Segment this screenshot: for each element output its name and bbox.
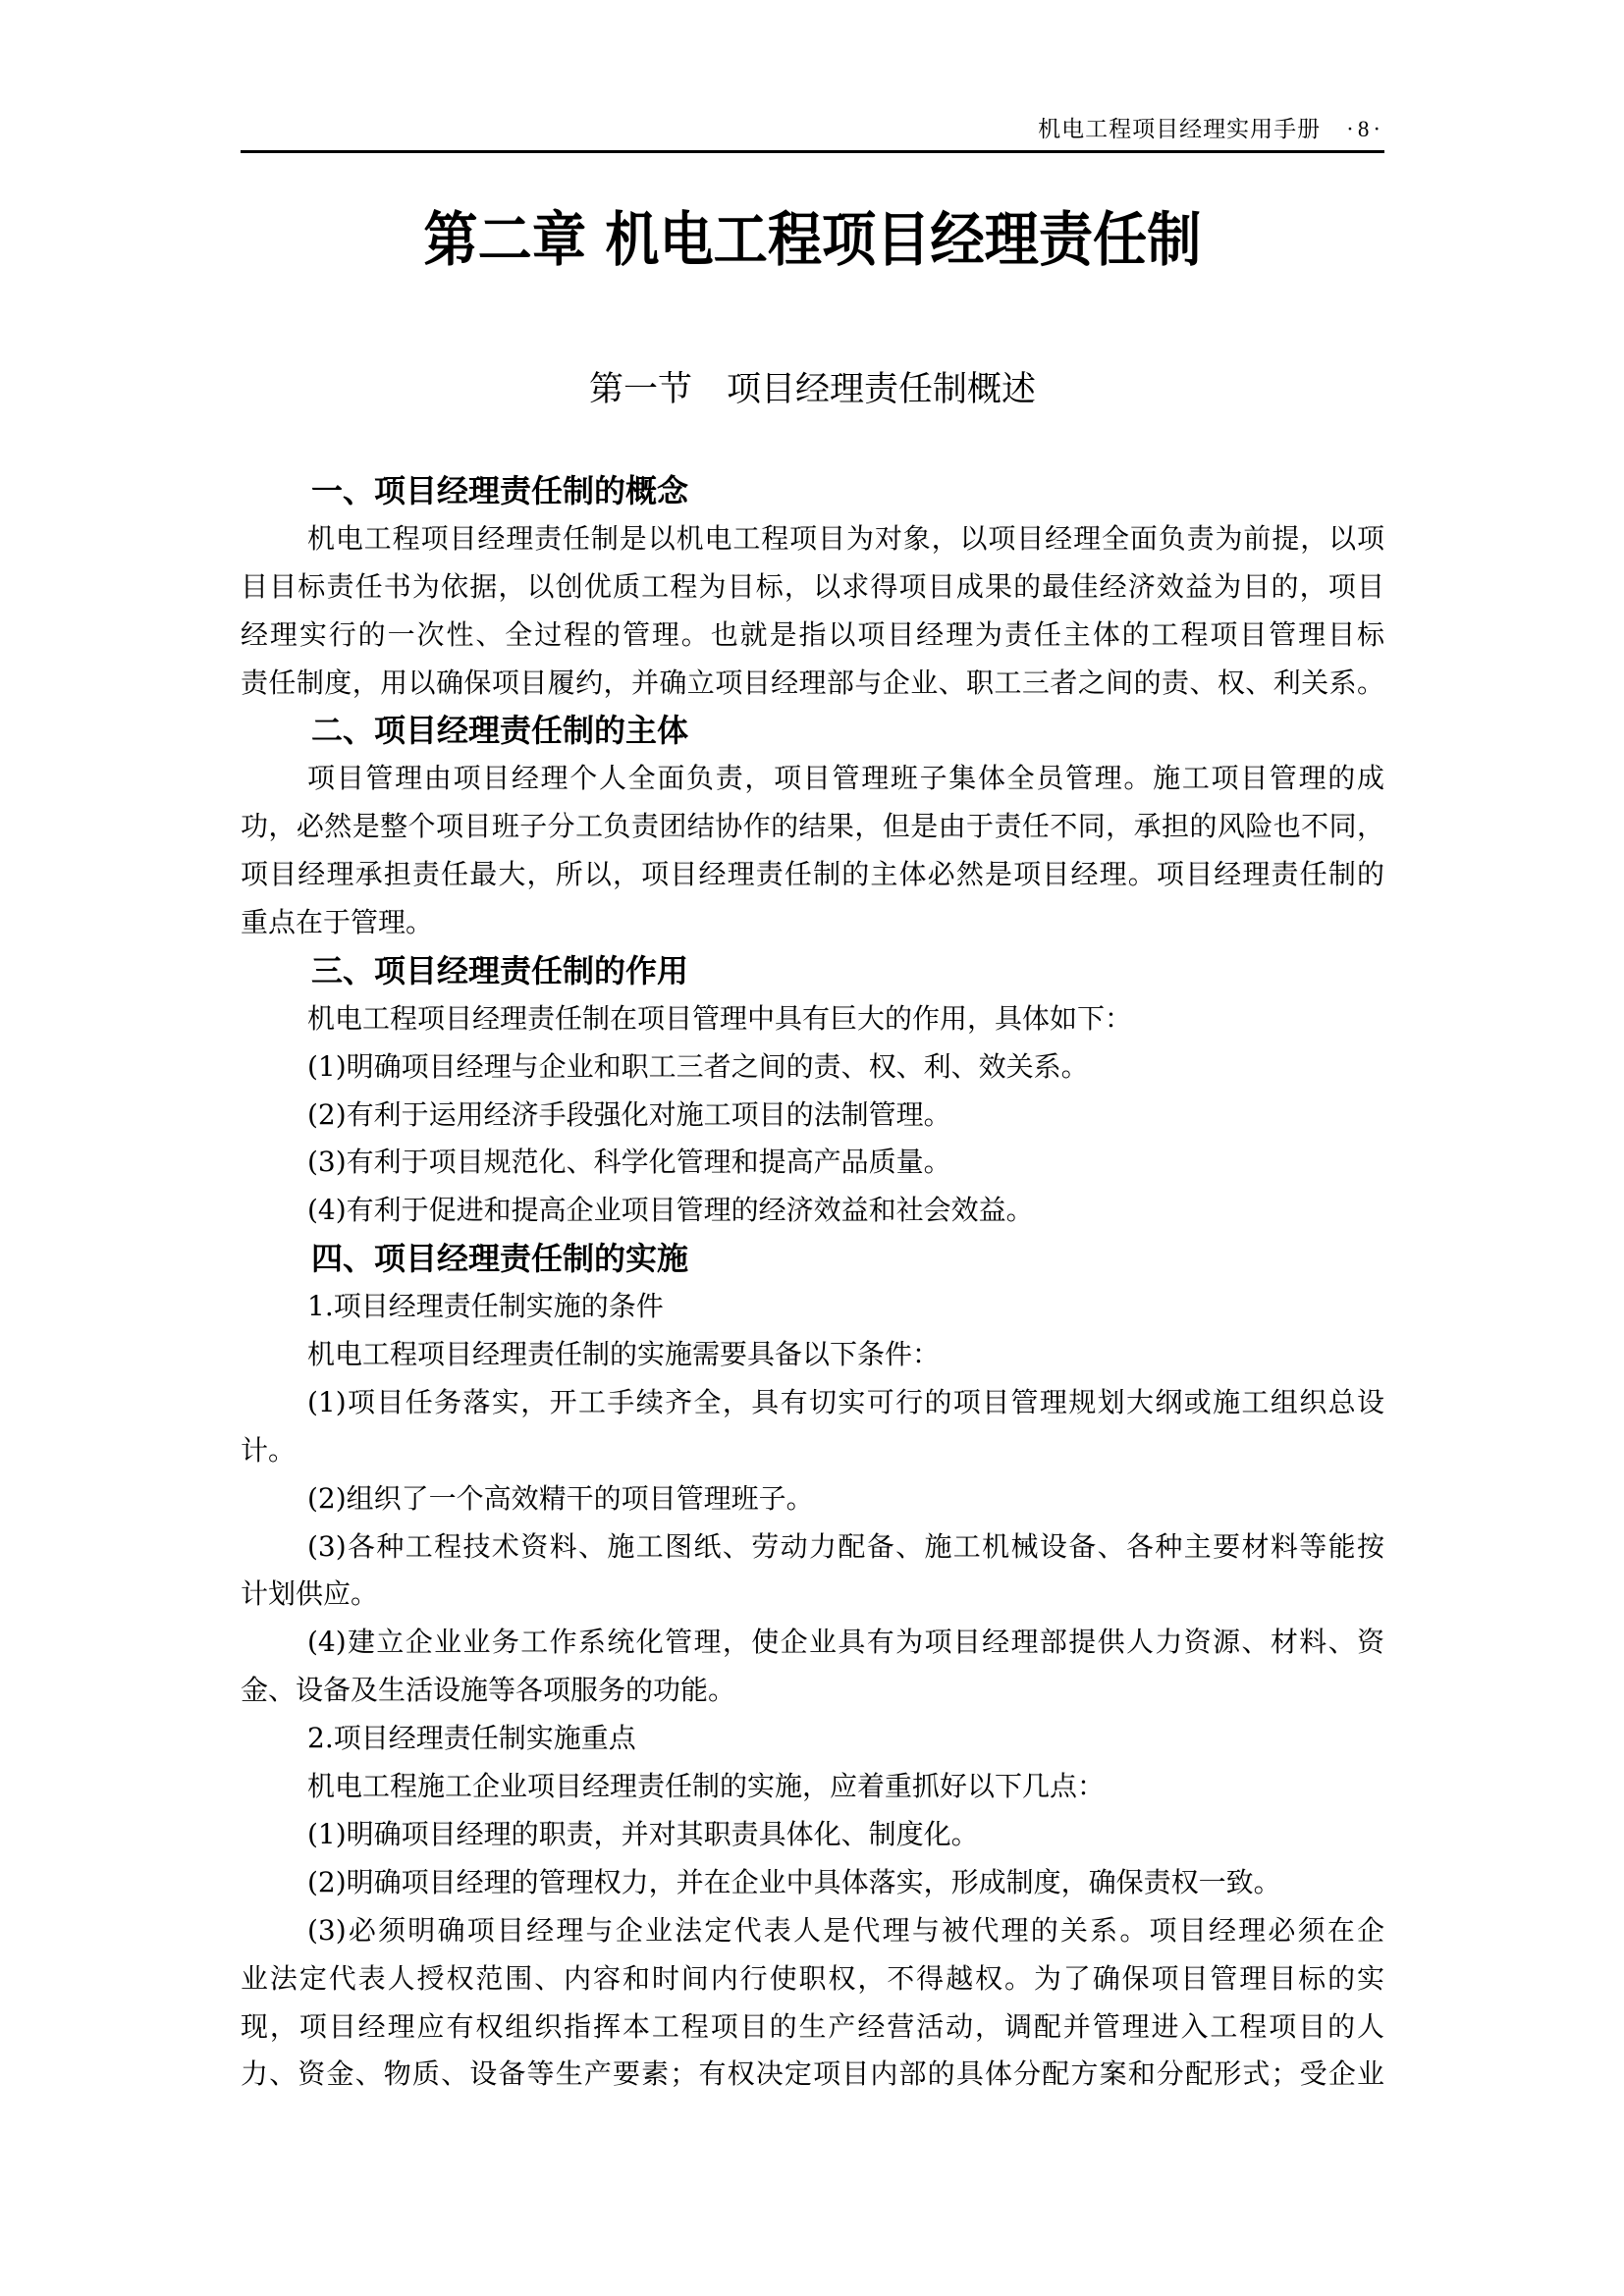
list-item: (3)有利于项目规范化、科学化管理和提高产品质量。: [241, 1139, 1384, 1187]
subheading: 二、项目经理责任制的主体: [241, 707, 1384, 755]
list-item: (4)建立企业业务工作系统化管理，使企业具有为项目经理部提供人力资源、材料、资: [241, 1619, 1384, 1667]
running-header: 机电工程项目经理实用手册·8·: [982, 112, 1384, 147]
text-line: 责任制度，用以确保项目履约，并确立项目经理部与企业、职工三者之间的责、权、利关系…: [241, 660, 1384, 708]
text-line: 重点在于管理。: [241, 899, 1384, 947]
page-number: ·8·: [1346, 112, 1384, 147]
text-line: 经理实行的一次性、全过程的管理。也就是指以项目经理为责任主体的工程项目管理目标: [241, 612, 1384, 660]
text-line: 金、设备及生活设施等各项服务的功能。: [241, 1667, 1384, 1715]
subheading: 一、项目经理责任制的概念: [241, 467, 1384, 515]
list-item: (3)必须明确项目经理与企业法定代表人是代理与被代理的关系。项目经理必须在企: [241, 1907, 1384, 1955]
body-text: 一、项目经理责任制的概念 机电工程项目经理责任制是以机电工程项目为对象，以项目经…: [241, 467, 1384, 2099]
chapter-title-text: 第二章 机电工程项目经理责任制: [423, 204, 1201, 277]
running-title: 机电工程项目经理实用手册: [1038, 117, 1321, 142]
list-item: (2)有利于运用经济手段强化对施工项目的法制管理。: [241, 1092, 1384, 1140]
list-item: (1)明确项目经理与企业和职工三者之间的责、权、利、效关系。: [241, 1043, 1384, 1092]
list-item: (4)有利于促进和提高企业项目管理的经济效益和社会效益。: [241, 1187, 1384, 1235]
text-line: 现，项目经理应有权组织指挥本工程项目的生产经营活动，调配并管理进入工程项目的人: [241, 2003, 1384, 2052]
list-item: (2)明确项目经理的管理权力，并在企业中具体落实，形成制度，确保责权一致。: [241, 1859, 1384, 1907]
subheading: 四、项目经理责任制的实施: [241, 1235, 1384, 1283]
minor-heading: 2.项目经理责任制实施重点: [241, 1715, 1384, 1763]
text-line: 项目经理承担责任最大，所以，项目经理责任制的主体必然是项目经理。项目经理责任制的: [241, 851, 1384, 899]
list-item: (1)明确项目经理的职责，并对其职责具体化、制度化。: [241, 1811, 1384, 1859]
header-rule: [241, 150, 1384, 153]
subheading: 三、项目经理责任制的作用: [241, 947, 1384, 995]
text-line: 机电工程施工企业项目经理责任制的实施，应着重抓好以下几点：: [241, 1763, 1384, 1811]
text-line: 功，必然是整个项目班子分工负责团结协作的结果，但是由于责任不同，承担的风险也不同…: [241, 803, 1384, 851]
list-item: (3)各种工程技术资料、施工图纸、劳动力配备、施工机械设备、各种主要材料等能按: [241, 1523, 1384, 1572]
text-line: 机电工程项目经理责任制在项目管理中具有巨大的作用，具体如下：: [241, 995, 1384, 1043]
chapter-title: 第二章 机电工程项目经理责任制: [241, 204, 1384, 277]
text-line: 力、资金、物质、设备等生产要素；有权决定项目内部的具体分配方案和分配形式；受企业: [241, 2051, 1384, 2099]
text-line: 计划供应。: [241, 1571, 1384, 1619]
minor-heading: 1.项目经理责任制实施的条件: [241, 1283, 1384, 1331]
text-line: 目目标责任书为依据，以创优质工程为目标，以求得项目成果的最佳经济效益为目的，项目: [241, 563, 1384, 612]
text-line: 项目管理由项目经理个人全面负责，项目管理班子集体全员管理。施工项目管理的成: [241, 755, 1384, 803]
text-line: 计。: [241, 1427, 1384, 1475]
text-line: 机电工程项目经理责任制是以机电工程项目为对象，以项目经理全面负责为前提，以项: [241, 515, 1384, 563]
section-title: 第一节 项目经理责任制概述: [241, 368, 1384, 411]
text-line: 机电工程项目经理责任制的实施需要具备以下条件：: [241, 1331, 1384, 1379]
list-item: (2)组织了一个高效精干的项目管理班子。: [241, 1475, 1384, 1523]
text-line: 业法定代表人授权范围、内容和时间内行使职权，不得越权。为了确保项目管理目标的实: [241, 1955, 1384, 2003]
list-item: (1)项目任务落实，开工手续齐全，具有切实可行的项目管理规划大纲或施工组织总设: [241, 1379, 1384, 1427]
